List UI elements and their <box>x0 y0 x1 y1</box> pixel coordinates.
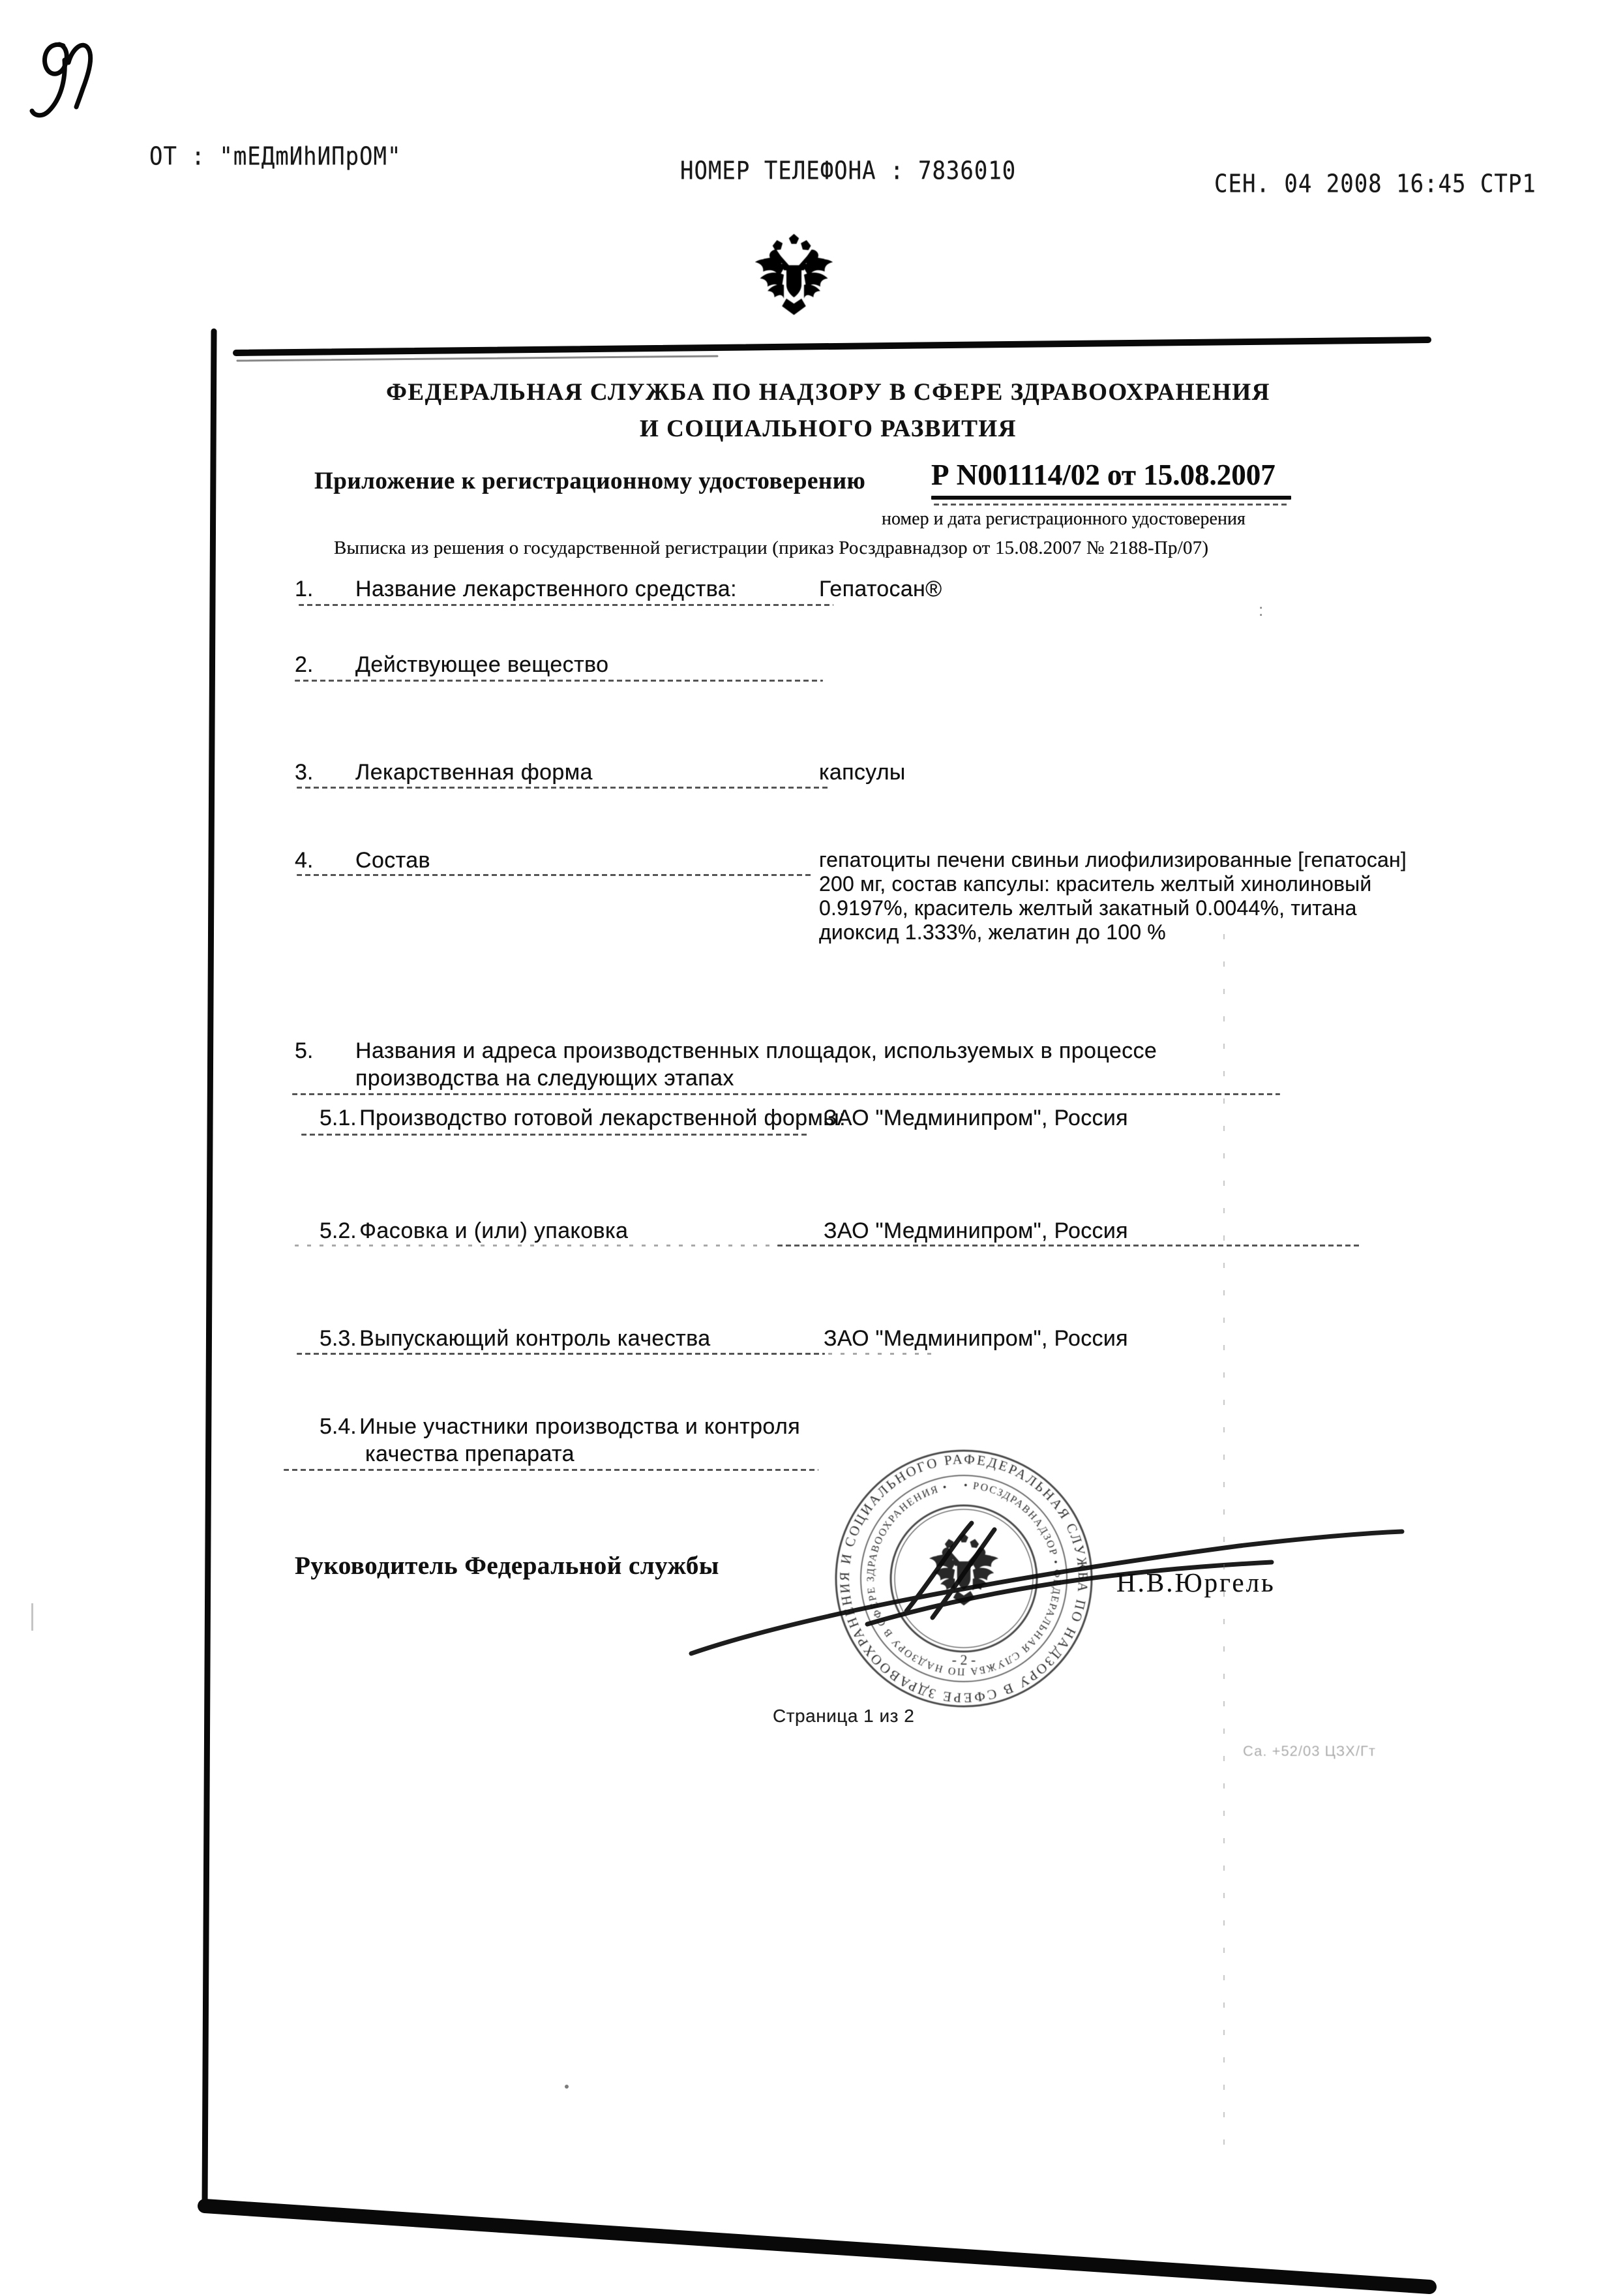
fax-header-from: ОТ : "mЕДmИhИПрОМ" <box>149 142 401 172</box>
item-4-value-line2: 200 мг, состав капсулы: краситель желтый… <box>819 872 1371 896</box>
dotted-underline <box>297 1353 825 1355</box>
item-5-1-label: Производство готовой лекарственной формы… <box>359 1106 846 1130</box>
noise-margin-tick <box>31 1603 33 1631</box>
noise-colon-mark: : <box>1259 600 1263 620</box>
item-5-2-number: 5.2. <box>320 1218 357 1243</box>
item-1-value: Гепатосан® <box>819 577 942 602</box>
noise-speck <box>565 2085 569 2089</box>
dotted-underline <box>777 1245 1360 1246</box>
item-3-number: 3. <box>295 760 313 785</box>
coat-of-arms-icon <box>750 232 838 322</box>
pen-scribble <box>23 34 101 125</box>
registration-number: Р N001114/02 от 15.08.2007 <box>931 458 1276 492</box>
agency-title-line2: И СОЦИАЛЬНОГО РАЗВИТИЯ <box>228 411 1428 447</box>
dotted-underline <box>295 1245 771 1246</box>
item-5-label-line2: производства на следующих этапах <box>355 1066 734 1091</box>
item-1-number: 1. <box>295 577 313 602</box>
item-5-1-number: 5.1. <box>320 1106 357 1130</box>
item-2-number: 2. <box>295 652 313 678</box>
dotted-underline <box>295 680 823 682</box>
registration-number-underline <box>931 496 1291 500</box>
registration-number-underline-dots <box>934 504 1289 506</box>
item-1-label: Название лекарственного средства: <box>355 577 737 602</box>
item-5-2-value: ЗАО "Медминипром", Россия <box>824 1218 1128 1244</box>
item-5-3-value: ЗАО "Медминипром", Россия <box>824 1326 1128 1352</box>
extract-line: Выписка из решения о государственной рег… <box>334 537 1208 559</box>
item-4-value-line3: 0.9197%, краситель желтый закатный 0.004… <box>819 896 1357 920</box>
dotted-underline <box>297 874 814 876</box>
item-4-number: 4. <box>295 848 313 873</box>
agency-title-line1: ФЕДЕРАЛЬНАЯ СЛУЖБА ПО НАДЗОРУ В СФЕРЕ ЗД… <box>228 374 1428 411</box>
page-number-label: Страница 1 из 2 <box>773 1706 914 1727</box>
registration-number-caption: номер и дата регистрационного удостовере… <box>882 509 1246 530</box>
item-4-label: Состав <box>355 848 430 873</box>
item-5-label-line1: Названия и адреса производственных площа… <box>355 1038 1157 1064</box>
item-3-value: капсулы <box>819 760 906 785</box>
dotted-underline <box>284 1469 818 1471</box>
corner-stamp-note: Са. +52/03 ЦЗХ/Гт <box>1243 1743 1376 1760</box>
item-4-value-line1: гепатоциты печени свиньи лиофилизированн… <box>819 848 1407 872</box>
item-5-4-row: 5.4. Иные участники производства и контр… <box>320 1414 800 1440</box>
fold-line-artifact <box>1223 907 1225 2159</box>
item-5-2-label: Фасовка и (или) упаковка <box>359 1218 628 1243</box>
dotted-underline <box>297 787 829 789</box>
item-5-3-row: 5.3. Выпускающий контроль качества <box>320 1326 711 1352</box>
item-2-label: Действующее вещество <box>355 652 608 678</box>
dotted-underline <box>292 1093 1280 1095</box>
item-4-value-line4: диоксид 1.333%, желатин до 100 % <box>819 920 1166 944</box>
item-5-1-row: 5.1. Производство готовой лекарственной … <box>320 1106 846 1131</box>
fax-header-datetime: СЕН. 04 2008 16:45 СТР1 <box>1214 170 1536 199</box>
signature-strokes <box>652 1487 1467 1702</box>
item-3-label: Лекарственная форма <box>355 760 593 785</box>
fax-header-phone: НОМЕР ТЕЛЕФОНА : 7836010 <box>680 157 1016 186</box>
appendix-label: Приложение к регистрационному удостовере… <box>314 467 865 495</box>
dotted-underline <box>299 604 833 606</box>
agency-title: ФЕДЕРАЛЬНАЯ СЛУЖБА ПО НАДЗОРУ В СФЕРЕ ЗД… <box>228 374 1428 447</box>
page-border-lines <box>0 0 1612 2296</box>
item-5-number: 5. <box>295 1038 313 1064</box>
item-5-4-label-line2: качества препарата <box>365 1442 575 1467</box>
item-5-3-number: 5.3. <box>320 1326 357 1351</box>
dotted-underline <box>301 1134 810 1136</box>
item-5-4-label-line1: Иные участники производства и контроля <box>359 1414 800 1439</box>
item-5-2-row: 5.2. Фасовка и (или) упаковка <box>320 1218 628 1244</box>
scanned-fax-page: ОТ : "mЕДmИhИПрОМ" НОМЕР ТЕЛЕФОНА : 7836… <box>0 0 1612 2296</box>
item-5-3-label: Выпускающий контроль качества <box>359 1326 710 1351</box>
item-5-4-number: 5.4. <box>320 1414 357 1439</box>
item-5-1-value: ЗАО "Медминипром", Россия <box>824 1106 1128 1131</box>
dotted-underline <box>828 1353 933 1355</box>
